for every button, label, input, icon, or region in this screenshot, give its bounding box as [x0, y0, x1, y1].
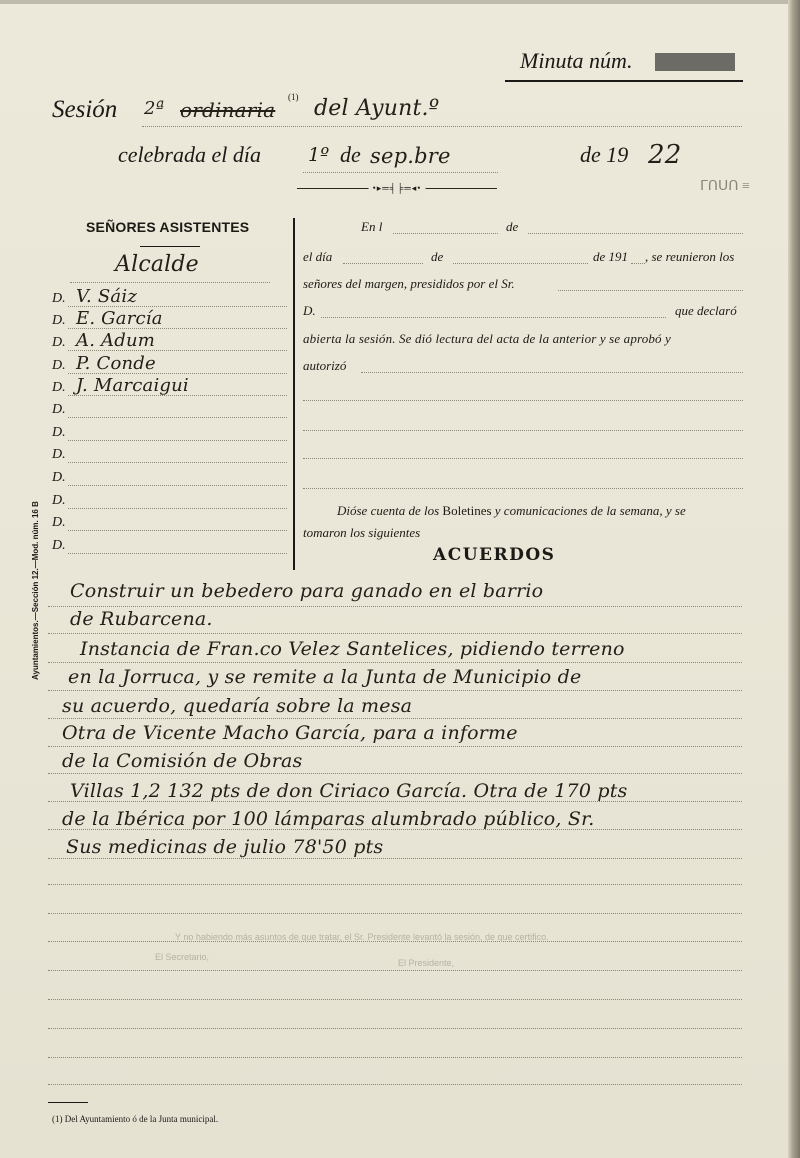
page-top-shadow — [0, 0, 800, 4]
minuta-label: Minuta núm. — [520, 48, 632, 74]
ruled-line — [48, 690, 742, 691]
form-declaro: que declaró — [675, 303, 737, 319]
session-of: del Ayunt.º — [314, 96, 439, 121]
attendee-row: D. — [52, 466, 287, 488]
agreement-line: de la Comisión de Obras — [62, 750, 302, 772]
bleed-through-text: Y no habiendo más asuntos de que tratar,… — [175, 932, 549, 942]
footnote-rule — [48, 1102, 88, 1103]
form-autorizo: autorizó — [303, 358, 346, 374]
ornament-divider: •▸═╡╞═◂• — [297, 186, 497, 192]
attendee-row: D. — [52, 421, 287, 443]
agreement-line: de la Ibérica por 100 lámparas alumbrado… — [62, 808, 595, 830]
session-label: Sesión — [52, 96, 117, 124]
attendee-row: D. — [52, 511, 287, 533]
minuta-redacted-box — [655, 53, 735, 71]
form-blank-line — [303, 400, 743, 401]
ruled-line — [48, 913, 742, 914]
attendees-title: SEÑORES ASISTENTES — [86, 219, 249, 235]
attendee-row: D. — [52, 534, 287, 556]
ruled-line — [48, 1057, 742, 1058]
diose-cuenta-paragraph: Dióse cuenta de los Boletines y comunica… — [303, 500, 743, 544]
bleed-through-secretario: El Secretario, — [155, 952, 209, 962]
bleed-through-presidente: El Presidente, — [398, 958, 454, 968]
form-d: D. — [303, 303, 316, 319]
attendee-row: D.P. Conde — [52, 354, 287, 376]
form-model-side-text: Ayuntamientos.—Sección 12.—Mod. núm. 16 … — [31, 501, 40, 680]
attendee-row: D. — [52, 443, 287, 465]
agreement-line: Villas 1,2 132 pts de don Ciriaco García… — [70, 780, 628, 802]
ruled-line — [48, 999, 742, 1000]
attendee-row: D.A. Adum — [52, 331, 287, 353]
attendee-row: D.V. Sáiz — [52, 287, 287, 309]
ruled-line — [48, 1028, 742, 1029]
ruled-line — [48, 884, 742, 885]
faint-stamp: ᒥᑎᑌᑎ ≡ — [700, 178, 750, 195]
session-title-line — [142, 126, 742, 127]
date-month: sep.bre — [370, 144, 451, 168]
agreement-line: Instancia de Fran.co Velez Santelices, p… — [80, 638, 625, 660]
agreement-line: Sus medicinas de julio 78'50 pts — [66, 836, 383, 858]
attendee-row: D.E. García — [52, 309, 287, 331]
form-senores: señores del margen, presididos por el Sr… — [303, 276, 515, 292]
column-divider — [293, 218, 295, 570]
attendee-row: D. — [52, 398, 287, 420]
agreement-line: Otra de Vicente Macho García, para a inf… — [62, 722, 518, 744]
form-reunieron: , se reunieron los — [645, 249, 734, 265]
session-number: 2ª — [144, 98, 164, 119]
form-abierta: abierta la sesión. Se dió lectura del ac… — [303, 331, 671, 347]
form-blank-line — [303, 430, 743, 431]
ruled-line — [48, 858, 742, 859]
page-binding-edge — [788, 0, 800, 1158]
ruled-line — [48, 662, 742, 663]
date-de: de — [340, 142, 361, 168]
form-de1: de — [431, 249, 443, 265]
ruled-line — [48, 606, 742, 607]
agreement-line: su acuerdo, quedaría sobre la mesa — [62, 695, 412, 717]
acuerdos-heading: ACUERDOS — [433, 545, 555, 565]
form-blank-line — [303, 458, 743, 459]
ruled-line — [48, 746, 742, 747]
date-label: celebrada el día — [118, 142, 261, 168]
agreement-line: de Rubarcena. — [70, 608, 213, 630]
session-type: ordinaria — [180, 98, 275, 122]
footnote-mark: (1) — [288, 92, 299, 102]
form-el-dia: el día — [303, 249, 332, 265]
minuta-number-field: Minuta núm. — [505, 48, 743, 82]
attendee-row: D. — [52, 489, 287, 511]
year-value: 22 — [648, 140, 681, 170]
date-day: 1º — [308, 144, 329, 166]
president-role: Alcalde — [115, 252, 199, 277]
year-label: de 19 — [580, 142, 628, 168]
agreement-line: Construir un bebedero para ganado en el … — [70, 580, 543, 602]
session-title-row: Sesión 2ª ordinaria (1) del Ayunt.º — [52, 96, 742, 130]
ruled-line — [48, 970, 742, 971]
footnote: (1) Del Ayuntamiento ó de la Junta munic… — [52, 1114, 218, 1124]
session-date-row: celebrada el día 1º de sep.bre de 19 22 — [118, 142, 698, 176]
ruled-line — [48, 718, 742, 719]
ruled-line — [48, 633, 742, 634]
form-blank-line — [303, 488, 743, 489]
document-page: Minuta núm. Sesión 2ª ordinaria (1) del … — [0, 0, 790, 1158]
ruled-line — [48, 773, 742, 774]
ruled-line — [48, 1084, 742, 1085]
form-de: de — [506, 219, 518, 235]
agreement-line: en la Jorruca, y se remite a la Junta de… — [68, 666, 581, 688]
date-line — [303, 172, 498, 173]
attendees-ornament — [140, 246, 200, 247]
form-de-191: de 191 — [593, 249, 628, 265]
form-en: En l — [361, 219, 382, 235]
president-line — [70, 282, 270, 283]
attendee-row: D.J. Marcaigui — [52, 376, 287, 398]
